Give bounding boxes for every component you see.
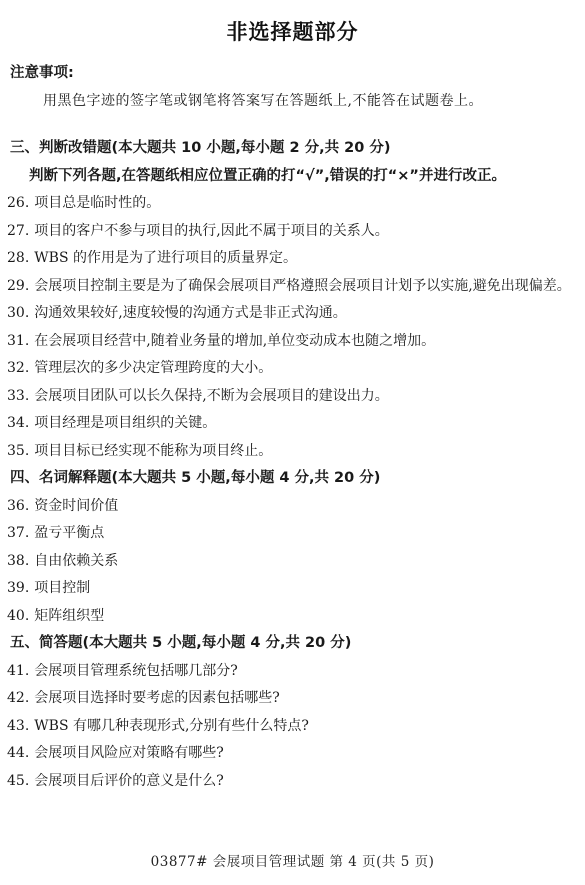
question-number: 29. bbox=[7, 273, 29, 301]
sections-container: 三、判断改错题(本大题共 10 小题,每小题 2 分,共 20 分)判断下列各题… bbox=[7, 135, 578, 795]
question-item: 42.会展项目选择时要考虑的因素包括哪些? bbox=[7, 685, 578, 713]
question-item: 33.会展项目团队可以长久保持,不断为会展项目的建设出力。 bbox=[7, 383, 578, 411]
question-number: 44. bbox=[7, 740, 29, 768]
page-title: 非选择题部分 bbox=[7, 16, 578, 48]
exam-section: 四、名词解释题(本大题共 5 小题,每小题 4 分,共 20 分)36.资金时间… bbox=[7, 465, 578, 630]
question-item: 27.项目的客户不参与项目的执行,因此不属于项目的关系人。 bbox=[7, 218, 578, 246]
notice-label: 注意事项: bbox=[10, 60, 578, 88]
question-text: 会展项目选择时要考虑的因素包括哪些? bbox=[34, 690, 280, 706]
question-text: 会展项目管理系统包括哪几部分? bbox=[34, 663, 238, 679]
notice-text: 用黑色字迹的签字笔或钢笔将答案写在答题纸上,不能答在试题卷上。 bbox=[43, 88, 578, 116]
question-number: 30. bbox=[7, 300, 29, 328]
question-text: 项目经理是项目组织的关键。 bbox=[34, 415, 216, 431]
question-item: 26.项目总是临时性的。 bbox=[7, 190, 578, 218]
question-text: 项目的客户不参与项目的执行,因此不属于项目的关系人。 bbox=[34, 223, 388, 239]
question-text: 沟通效果较好,速度较慢的沟通方式是非正式沟通。 bbox=[34, 305, 346, 321]
question-text: 在会展项目经营中,随着业务量的增加,单位变动成本也随之增加。 bbox=[34, 333, 435, 349]
question-number: 38. bbox=[7, 548, 29, 576]
question-number: 35. bbox=[7, 438, 29, 466]
question-text: 会展项目风险应对策略有哪些? bbox=[34, 745, 224, 761]
page-footer: 03877# 会展项目管理试题 第 4 页(共 5 页) bbox=[0, 850, 585, 870]
question-number: 37. bbox=[7, 520, 29, 548]
question-item: 29.会展项目控制主要是为了确保会展项目严格遵照会展项目计划予以实施,避免出现偏… bbox=[7, 273, 578, 301]
section-instruction: 判断下列各题,在答题纸相应位置正确的打“√”,错误的打“×”并进行改正。 bbox=[29, 163, 578, 191]
question-item: 43.WBS 有哪几种表现形式,分别有些什么特点? bbox=[7, 713, 578, 741]
question-number: 27. bbox=[7, 218, 29, 246]
question-item: 32.管理层次的多少决定管理跨度的大小。 bbox=[7, 355, 578, 383]
question-text: 盈亏平衡点 bbox=[34, 525, 104, 541]
question-text: 资金时间价值 bbox=[34, 498, 118, 514]
question-item: 39.项目控制 bbox=[7, 575, 578, 603]
question-item: 35.项目目标已经实现不能称为项目终止。 bbox=[7, 438, 578, 466]
question-number: 41. bbox=[7, 658, 29, 686]
exam-section: 五、简答题(本大题共 5 小题,每小题 4 分,共 20 分)41.会展项目管理… bbox=[7, 630, 578, 795]
question-text: WBS 有哪几种表现形式,分别有些什么特点? bbox=[34, 718, 309, 734]
section-heading: 三、判断改错题(本大题共 10 小题,每小题 2 分,共 20 分) bbox=[10, 135, 578, 163]
question-item: 40.矩阵组织型 bbox=[7, 603, 578, 631]
exam-section: 三、判断改错题(本大题共 10 小题,每小题 2 分,共 20 分)判断下列各题… bbox=[7, 135, 578, 465]
question-number: 42. bbox=[7, 685, 29, 713]
question-text: 会展项目后评价的意义是什么? bbox=[34, 773, 224, 789]
question-text: 项目总是临时性的。 bbox=[34, 195, 160, 211]
question-item: 45.会展项目后评价的意义是什么? bbox=[7, 768, 578, 796]
question-item: 36.资金时间价值 bbox=[7, 493, 578, 521]
question-text: 会展项目团队可以长久保持,不断为会展项目的建设出力。 bbox=[34, 388, 388, 404]
section-heading: 五、简答题(本大题共 5 小题,每小题 4 分,共 20 分) bbox=[10, 630, 578, 658]
question-text: 项目目标已经实现不能称为项目终止。 bbox=[34, 443, 272, 459]
question-text: 自由依赖关系 bbox=[34, 553, 118, 569]
question-number: 32. bbox=[7, 355, 29, 383]
question-item: 41.会展项目管理系统包括哪几部分? bbox=[7, 658, 578, 686]
question-number: 28. bbox=[7, 245, 29, 273]
question-item: 31.在会展项目经营中,随着业务量的增加,单位变动成本也随之增加。 bbox=[7, 328, 578, 356]
question-item: 37.盈亏平衡点 bbox=[7, 520, 578, 548]
question-number: 33. bbox=[7, 383, 29, 411]
question-item: 44.会展项目风险应对策略有哪些? bbox=[7, 740, 578, 768]
question-item: 34.项目经理是项目组织的关键。 bbox=[7, 410, 578, 438]
question-text: 会展项目控制主要是为了确保会展项目严格遵照会展项目计划予以实施,避免出现偏差。 bbox=[34, 278, 570, 294]
question-number: 26. bbox=[7, 190, 29, 218]
question-number: 36. bbox=[7, 493, 29, 521]
question-number: 34. bbox=[7, 410, 29, 438]
question-text: WBS 的作用是为了进行项目的质量界定。 bbox=[34, 250, 297, 266]
question-number: 40. bbox=[7, 603, 29, 631]
exam-paper-page: 非选择题部分 注意事项: 用黑色字迹的签字笔或钢笔将答案写在答题纸上,不能答在试… bbox=[0, 0, 585, 885]
question-number: 31. bbox=[7, 328, 29, 356]
question-item: 28.WBS 的作用是为了进行项目的质量界定。 bbox=[7, 245, 578, 273]
question-number: 39. bbox=[7, 575, 29, 603]
question-text: 管理层次的多少决定管理跨度的大小。 bbox=[34, 360, 272, 376]
section-heading: 四、名词解释题(本大题共 5 小题,每小题 4 分,共 20 分) bbox=[10, 465, 578, 493]
question-number: 45. bbox=[7, 768, 29, 796]
question-text: 矩阵组织型 bbox=[34, 608, 104, 624]
question-text: 项目控制 bbox=[34, 580, 90, 596]
question-item: 30.沟通效果较好,速度较慢的沟通方式是非正式沟通。 bbox=[7, 300, 578, 328]
question-item: 38.自由依赖关系 bbox=[7, 548, 578, 576]
question-number: 43. bbox=[7, 713, 29, 741]
